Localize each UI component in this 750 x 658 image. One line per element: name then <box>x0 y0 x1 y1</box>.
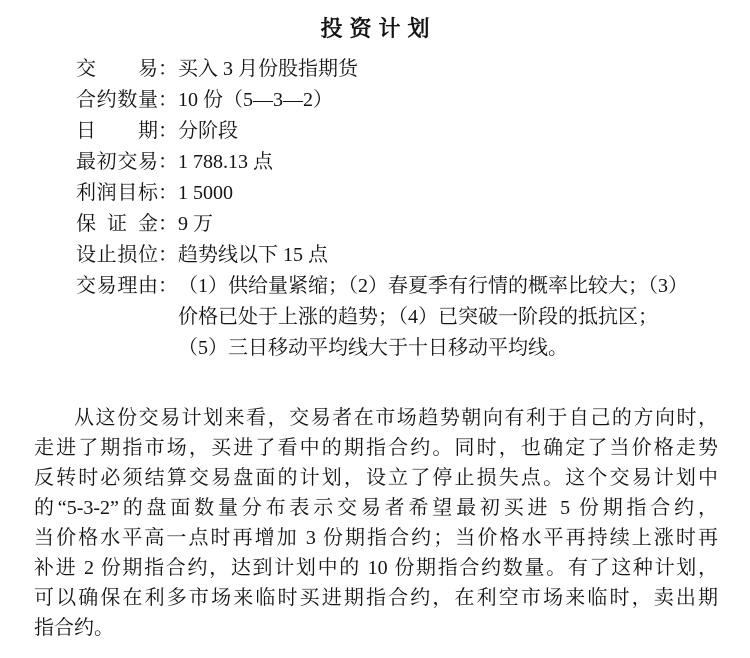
label-colon: ： <box>158 54 178 85</box>
plan-label: 交易 <box>76 54 158 85</box>
label-colon: ： <box>158 178 178 209</box>
label-colon: ： <box>158 116 178 147</box>
label-colon: ： <box>158 85 178 116</box>
paragraph-line: 的“5-3-2”的盘面数量分布表示交易者希望最初买进 5 份期指合约， <box>34 493 718 523</box>
label-colon: ： <box>158 271 178 302</box>
plan-label: 日期 <box>76 116 158 147</box>
label-colon: ： <box>158 240 178 271</box>
paragraph-line: 当价格水平高一点时再增加 3 份期指合约；当价格水平再持续上涨时再 <box>34 523 718 553</box>
plan-row-reasons: 交易理由： （1）供给量紧缩；（2）春夏季有行情的概率比较大；（3） 价格已处于… <box>76 271 750 364</box>
paragraph-line: 反转时必须结算交易盘面的计划，设立了停止损失点。这个交易计划中 <box>34 463 718 493</box>
paragraph-line: 可以确保在利多市场来临时买进期指合约，在利空市场来临时，卖出期 <box>34 583 718 613</box>
plan-value: 10 份（5—3—2） <box>178 85 750 116</box>
label-colon: ： <box>158 209 178 240</box>
label-colon: ： <box>158 147 178 178</box>
plan-reasons: （1）供给量紧缩；（2）春夏季有行情的概率比较大；（3） 价格已处于上涨的趋势；… <box>178 271 750 364</box>
plan-row-stop-loss: 设止损位：趋势线以下 15 点 <box>76 240 750 271</box>
paragraph-line: 指合约。 <box>34 613 718 643</box>
plan-label: 设止损位 <box>76 240 158 271</box>
plan-row-margin: 保证金：9 万 <box>76 209 750 240</box>
plan-row-trade: 交易：买入 3 月份股指期货 <box>76 54 750 85</box>
plan-row-date: 日期：分阶段 <box>76 116 750 147</box>
plan-value: 趋势线以下 15 点 <box>178 240 750 271</box>
plan-label: 交易理由 <box>76 271 158 302</box>
plan-value: 1 5000 <box>178 178 750 209</box>
paragraph-line: 补进 2 份期指合约，达到计划中的 10 份期指合约数量。有了这种计划， <box>34 553 718 583</box>
plan-row-contracts: 合约数量：10 份（5—3—2） <box>76 85 750 116</box>
plan-row-profit-target: 利润目标：1 5000 <box>76 178 750 209</box>
plan-label: 利润目标 <box>76 178 158 209</box>
document-page: 投资计划 交易：买入 3 月份股指期货 合约数量：10 份（5—3—2） 日期：… <box>0 0 750 658</box>
plan-value: 9 万 <box>178 209 750 240</box>
plan-label: 合约数量 <box>76 85 158 116</box>
plan-value: 分阶段 <box>178 116 750 147</box>
page-title: 投资计划 <box>0 16 750 42</box>
plan-value: 买入 3 月份股指期货 <box>178 54 750 85</box>
plan-row-initial-trade: 最初交易：1 788.13 点 <box>76 147 750 178</box>
commentary-paragraph: 从这份交易计划来看，交易者在市场趋势朝向有利于自己的方向时， 走进了期指市场，买… <box>34 403 718 643</box>
paragraph-line: 从这份交易计划来看，交易者在市场趋势朝向有利于自己的方向时， <box>34 403 718 433</box>
plan-value: 1 788.13 点 <box>178 147 750 178</box>
plan-label: 保证金 <box>76 209 158 240</box>
plan-label: 最初交易 <box>76 147 158 178</box>
reason-line: 价格已处于上涨的趋势；（4）已突破一阶段的抵抗区； <box>178 302 750 333</box>
plan-list: 交易：买入 3 月份股指期货 合约数量：10 份（5—3—2） 日期：分阶段 最… <box>76 54 750 364</box>
reason-line: （1）供给量紧缩；（2）春夏季有行情的概率比较大；（3） <box>178 271 750 302</box>
paragraph-line: 走进了期指市场，买进了看中的期指合约。同时，也确定了当价格走势 <box>34 433 718 463</box>
reason-line: （5）三日移动平均线大于十日移动平均线。 <box>178 333 750 364</box>
